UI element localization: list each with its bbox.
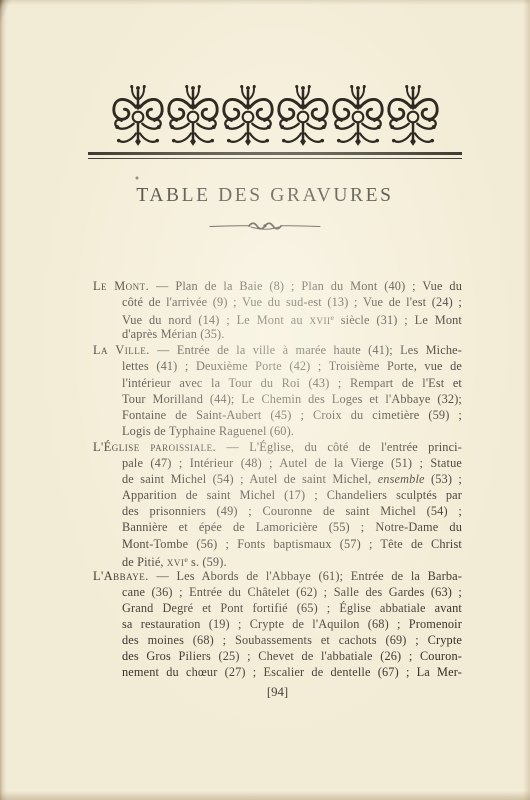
fleuron-ornament-icon (111, 84, 165, 148)
ornament-band (111, 84, 443, 148)
fleuron-ornament-icon (331, 84, 385, 148)
fleuron-ornament-icon (166, 84, 220, 148)
fleuron-ornament-icon (386, 84, 440, 148)
fleuron-ornament-icon (221, 84, 275, 148)
fleuron-ornament-icon (276, 84, 330, 148)
